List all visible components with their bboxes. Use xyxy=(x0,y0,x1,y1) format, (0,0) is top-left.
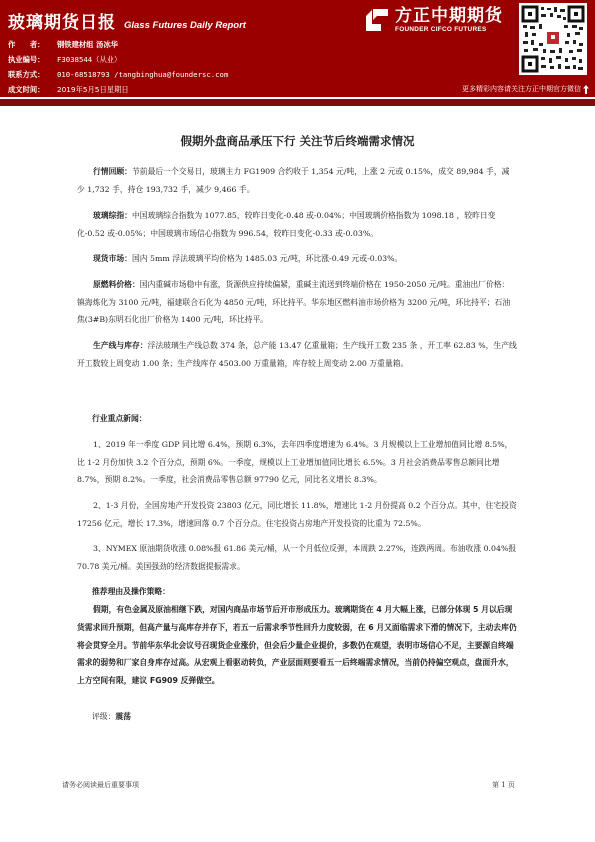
meta-value: 010-68518793 /tangbinghua@foundersc.com xyxy=(57,70,228,80)
wechat-qr-code xyxy=(519,3,587,75)
meta-date: 成文时间： 2019年5月5日星期日 xyxy=(8,85,129,95)
meta-license: 执业编号： F3038544（从业） xyxy=(8,55,121,65)
report-title: 玻璃期货日报 Glass Futures Daily Report xyxy=(8,8,246,33)
company-logo: 方正中期期货 FOUNDER CIFCO FUTURES xyxy=(365,6,503,33)
news-item-3: 3、NYMEX 原油期货收涨 0.08%报 61.86 美元/桶，从一个月低位反… xyxy=(77,540,517,575)
document-title: 假期外盘商品承压下行 关注节后终端需求情况 xyxy=(0,133,595,149)
news-heading: 行业重点新闻： xyxy=(92,413,147,424)
meta-author: 作 者： 钢铁建材组 汤冰华 xyxy=(8,40,118,50)
news-text: 1、2019 年一季度 GDP 同比增 6.4%，预期 6.3%，去年四季度增速… xyxy=(77,440,512,484)
logo-text-en: FOUNDER CIFCO FUTURES xyxy=(395,26,503,33)
meta-key: 作 者： xyxy=(8,40,57,50)
meta-key: 成文时间： xyxy=(8,85,57,95)
section-label: 原燃料价格： xyxy=(93,280,140,289)
arrow-up-icon xyxy=(583,85,589,94)
meta-value: 钢铁建材组 汤冰华 xyxy=(57,40,118,50)
footer-page-number: 第 1 页 xyxy=(492,780,515,790)
meta-value: F3038544（从业） xyxy=(57,55,121,65)
section-text: 国内 5mm 浮法玻璃平均价格为 1485.03 元/吨，环比涨-0.49 元或… xyxy=(132,254,402,263)
footer-disclaimer: 请务必阅读最后重要事项 xyxy=(62,780,139,790)
section-glass-index: 玻璃综指：中国玻璃综合指数为 1077.85，较昨日变化-0.48 或-0.04… xyxy=(77,207,517,242)
news-item-2: 2、1-3 月份，全国房地产开发投资 23803 亿元，同比增长 11.8%，增… xyxy=(77,497,517,532)
section-label: 玻璃综指： xyxy=(93,211,132,220)
rating-label: 评级： xyxy=(92,712,115,721)
section-production-inventory: 生产线与库存：浮法玻璃生产线总数 374 条，总产能 13.47 亿重量箱；生产… xyxy=(77,337,517,372)
strategy-heading: 推荐理由及操作策略： xyxy=(92,586,170,597)
meta-contact: 联系方式： 010-68518793 /tangbinghua@founders… xyxy=(8,70,228,80)
section-raw-fuel-prices: 原燃料价格：国内重碱市场稳中有涨，货源供应持续偏紧，重碱主流送到终端价格在 19… xyxy=(77,276,517,329)
section-text: 国内重碱市场稳中有涨，货源供应持续偏紧，重碱主流送到终端价格在 1950-205… xyxy=(77,280,510,324)
logo-mark-icon xyxy=(365,8,389,32)
report-title-cn: 玻璃期货日报 xyxy=(8,8,116,33)
section-spot-market: 现货市场：国内 5mm 浮法玻璃平均价格为 1485.03 元/吨，环比涨-0.… xyxy=(77,250,517,268)
report-header: 玻璃期货日报 Glass Futures Daily Report 作 者： 钢… xyxy=(0,0,595,97)
news-item-1: 1、2019 年一季度 GDP 同比增 6.4%，预期 6.3%，去年四季度增速… xyxy=(77,436,517,489)
logo-text-cn: 方正中期期货 xyxy=(395,6,503,26)
meta-value: 2019年5月5日星期日 xyxy=(57,85,129,95)
news-text: 3、NYMEX 原油期货收涨 0.08%报 61.86 美元/桶，从一个月低位反… xyxy=(77,544,516,571)
meta-key: 执业编号： xyxy=(8,55,57,65)
strategy-text: 假期，有色金属及原油相继下跌，对国内商品市场节后开市形成压力。玻璃期货在 4 月… xyxy=(77,601,517,690)
section-market-review: 行情回顾：节前最后一个交易日，玻璃主力 FG1909 合约收于 1,354 元/… xyxy=(77,163,517,198)
section-label: 行情回顾： xyxy=(93,167,132,176)
follow-wechat-link[interactable]: 更多精彩内容请关注方正中期官方微信 xyxy=(462,84,589,94)
section-label: 生产线与库存： xyxy=(93,341,148,350)
report-title-en: Glass Futures Daily Report xyxy=(124,20,246,31)
section-label: 现货市场： xyxy=(93,254,132,263)
rating: 评级：震荡 xyxy=(92,711,131,722)
follow-text: 更多精彩内容请关注方正中期官方微信 xyxy=(462,84,581,94)
news-text: 2、1-3 月份，全国房地产开发投资 23803 亿元，同比增长 11.8%，增… xyxy=(77,501,517,528)
rating-value: 震荡 xyxy=(115,712,131,721)
strategy-body: 假期，有色金属及原油相继下跌，对国内商品市场节后开市形成压力。玻璃期货在 4 月… xyxy=(77,605,517,685)
section-text: 节前最后一个交易日，玻璃主力 FG1909 合约收于 1,354 元/吨，上涨 … xyxy=(77,167,509,194)
meta-key: 联系方式： xyxy=(8,70,57,80)
section-text: 中国玻璃综合指数为 1077.85，较昨日变化-0.48 或-0.04%；中国玻… xyxy=(77,211,495,238)
header-band-divider xyxy=(0,99,595,106)
